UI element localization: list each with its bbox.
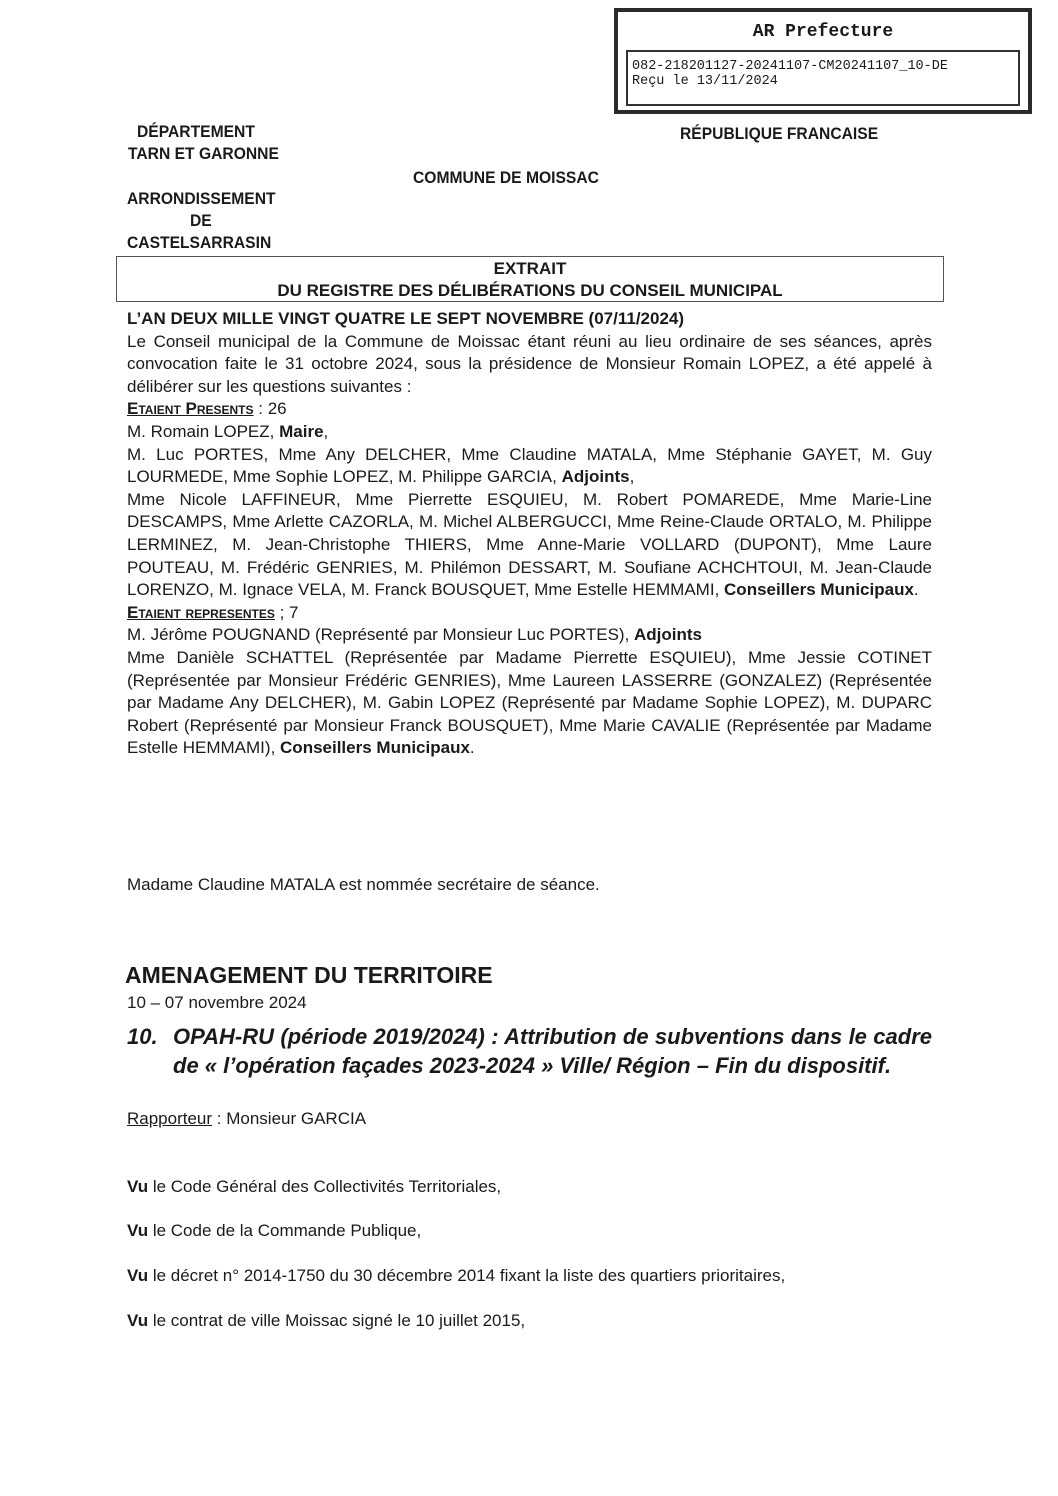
arrondissement-de: DE [190, 210, 212, 232]
extract-title-box: EXTRAIT DU REGISTRE DES DÉLIBÉRATIONS DU… [116, 256, 944, 302]
commune-name: COMMUNE DE MOISSAC [413, 167, 599, 189]
stamp-reference: 082-218201127-20241107-CM20241107_10-DE [632, 59, 1014, 74]
adjoints-line: M. Luc PORTES, Mme Any DELCHER, Mme Clau… [127, 444, 932, 489]
visa-item: Vu le contrat de ville Moissac signé le … [127, 1311, 525, 1331]
ar-prefecture-stamp: AR Prefecture 082-218201127-20241107-CM2… [614, 8, 1032, 114]
stamp-details: 082-218201127-20241107-CM20241107_10-DE … [626, 50, 1020, 106]
republique-label: RÉPUBLIQUE FRANCAISE [680, 123, 878, 145]
visa-vu: Vu [127, 1266, 148, 1285]
presents-label: Etaient Presents [127, 399, 254, 418]
represented-count: ; 7 [275, 603, 299, 622]
rapporteur-line: Rapporteur : Monsieur GARCIA [127, 1108, 932, 1131]
presents-count: : 26 [254, 399, 287, 418]
adjoints-names: M. Luc PORTES, Mme Any DELCHER, Mme Clau… [127, 445, 932, 487]
represented-conseillers-names: Mme Danièle SCHATTEL (Représentée par Ma… [127, 648, 932, 757]
secretary-line: Madame Claudine MATALA est nommée secrét… [127, 874, 932, 897]
maire-name: M. Romain LOPEZ, [127, 422, 279, 441]
visa-vu: Vu [127, 1311, 148, 1330]
visa-item: Vu le Code de la Commande Publique, [127, 1221, 421, 1241]
represented-adjoint-line: M. Jérôme POUGNAND (Représenté par Monsi… [127, 624, 932, 647]
conseillers-role: Conseillers Municipaux [724, 580, 914, 599]
departement-name: TARN ET GARONNE [128, 143, 279, 165]
section-heading: AMENAGEMENT DU TERRITOIRE [125, 962, 493, 989]
session-date: L’AN DEUX MILLE VINGT QUATRE LE SEPT NOV… [127, 308, 932, 331]
visa-item: Vu le Code Général des Collectivités Ter… [127, 1177, 501, 1197]
visa-text: le Code Général des Collectivités Territ… [148, 1177, 501, 1196]
adjoints-role: Adjoints [562, 467, 630, 486]
visa-text: le Code de la Commande Publique, [148, 1221, 421, 1240]
register-title: DU REGISTRE DES DÉLIBÉRATIONS DU CONSEIL… [117, 281, 943, 301]
visa-vu: Vu [127, 1221, 148, 1240]
represented-heading: Etaient representes ; 7 [127, 602, 932, 625]
extract-title: EXTRAIT [117, 259, 943, 279]
conseillers-line: Mme Nicole LAFFINEUR, Mme Pierrette ESQU… [127, 489, 932, 602]
visa-text: le contrat de ville Moissac signé le 10 … [148, 1311, 525, 1330]
deliberation-title-text: OPAH-RU (période 2019/2024) : Attributio… [173, 1022, 932, 1080]
deliberation-number: 10. [127, 1022, 173, 1051]
represented-adjoint-name: M. Jérôme POUGNAND (Représenté par Monsi… [127, 625, 634, 644]
presents-heading: Etaient Presents : 26 [127, 398, 932, 421]
rapporteur-name: : Monsieur GARCIA [212, 1109, 366, 1128]
stamp-title: AR Prefecture [618, 22, 1028, 42]
deliberation-ref-date: 10 – 07 novembre 2024 [127, 992, 932, 1015]
represented-conseillers-role: Conseillers Municipaux [280, 738, 470, 757]
departement-label: DÉPARTEMENT [137, 121, 255, 143]
session-intro: Le Conseil municipal de la Commune de Mo… [127, 331, 932, 399]
arrondissement-label: ARRONDISSEMENT [127, 188, 276, 210]
visa-text: le décret n° 2014-1750 du 30 décembre 20… [148, 1266, 785, 1285]
represented-conseillers-line: Mme Danièle SCHATTEL (Représentée par Ma… [127, 647, 932, 760]
deliberation-title: 10. OPAH-RU (période 2019/2024) : Attrib… [127, 1022, 932, 1080]
stamp-received-date: Reçu le 13/11/2024 [632, 74, 1014, 89]
represented-adjoint-role: Adjoints [634, 625, 702, 644]
represented-label: Etaient representes [127, 603, 275, 622]
visa-vu: Vu [127, 1177, 148, 1196]
maire-line: M. Romain LOPEZ, Maire, [127, 421, 932, 444]
session-block: L’AN DEUX MILLE VINGT QUATRE LE SEPT NOV… [127, 308, 932, 760]
visa-item: Vu le décret n° 2014-1750 du 30 décembre… [127, 1266, 785, 1286]
rapporteur-label: Rapporteur [127, 1109, 212, 1128]
maire-role: Maire [279, 422, 323, 441]
arrondissement-name: CASTELSARRASIN [127, 232, 271, 254]
